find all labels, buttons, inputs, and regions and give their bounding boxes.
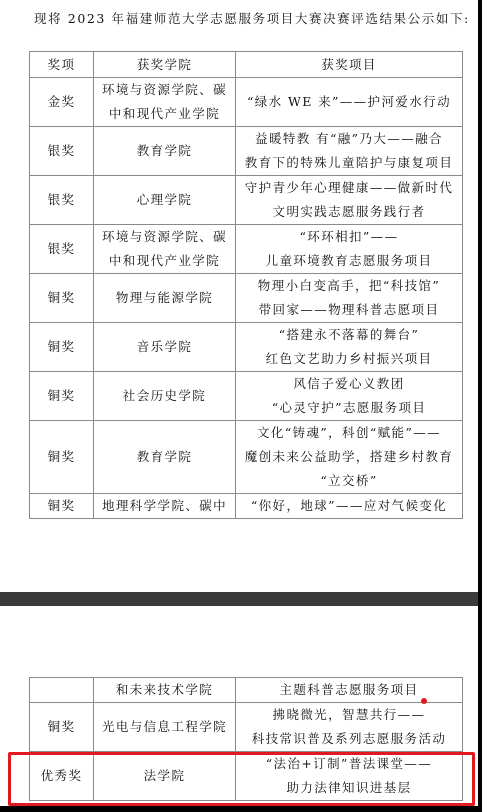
college-cell: 社会历史学院: [94, 372, 236, 421]
college-cell: 教育学院: [94, 127, 236, 176]
table-row: 铜奖物理与能源学院物理小白变高手，把“科技馆”带回家——物理科普志愿项目: [30, 274, 463, 323]
project-cell: “环环相扣”——儿童环境教育志愿服务项目: [236, 225, 463, 274]
project-line: “你好，地球”——应对气候变化: [238, 494, 460, 518]
college-line: 光电与信息工程学院: [96, 715, 233, 739]
project-line: 主题科普志愿服务项目: [238, 678, 460, 702]
project-cell: 益暖特教 有“融”乃大——融合教育下的特殊儿童陪护与康复项目: [236, 127, 463, 176]
college-cell: 和未来技术学院: [94, 678, 236, 703]
award-cell: 铜奖: [30, 274, 94, 323]
screen-edge-bottom: [0, 806, 482, 812]
page-separator: [0, 592, 478, 606]
project-cell: 拂晓微光，智慧共行——科技常识普及系列志愿服务活动: [236, 703, 463, 752]
project-line: 教育下的特殊儿童陪护与康复项目: [238, 151, 460, 175]
college-line: 音乐学院: [96, 335, 233, 359]
header-project: 获奖项目: [236, 52, 463, 78]
project-line: 科技常识普及系列志愿服务活动: [238, 727, 460, 751]
table-row: 银奖环境与资源学院、碳中和现代产业学院“环环相扣”——儿童环境教育志愿服务项目: [30, 225, 463, 274]
award-cell: 铜奖: [30, 323, 94, 372]
college-line: 环境与资源学院、碳: [96, 78, 233, 102]
project-line: “环环相扣”——: [238, 225, 460, 249]
college-cell: 地理科学学院、碳中: [94, 494, 236, 519]
college-cell: 音乐学院: [94, 323, 236, 372]
project-line: 儿童环境教育志愿服务项目: [238, 249, 460, 273]
project-cell: 风信子爱心义教团“心灵守护”志愿服务项目: [236, 372, 463, 421]
project-line: “绿水 WE 来”——护河爱水行动: [238, 90, 460, 114]
award-cell: 铜奖: [30, 703, 94, 752]
college-cell: 心理学院: [94, 176, 236, 225]
red-annotation-dot: [421, 698, 427, 704]
project-cell: “绿水 WE 来”——护河爱水行动: [236, 78, 463, 127]
table-row: 铜奖光电与信息工程学院拂晓微光，智慧共行——科技常识普及系列志愿服务活动: [30, 703, 463, 752]
college-line: 教育学院: [96, 139, 233, 163]
project-line: 物理小白变高手，把“科技馆”: [238, 274, 460, 298]
award-cell: 银奖: [30, 176, 94, 225]
header-award: 奖项: [30, 52, 94, 78]
project-cell: 守护青少年心理健康——做新时代文明实践志愿服务践行者: [236, 176, 463, 225]
table-row: 铜奖地理科学学院、碳中“你好，地球”——应对气候变化: [30, 494, 463, 519]
project-line: “心灵守护”志愿服务项目: [238, 396, 460, 420]
table-row: 银奖心理学院守护青少年心理健康——做新时代文明实践志愿服务践行者: [30, 176, 463, 225]
table-row: 铜奖教育学院文化“铸魂”，科创“赋能”——魔创未来公益助学，搭建乡村教育“立交桥…: [30, 421, 463, 494]
award-cell: 铜奖: [30, 372, 94, 421]
college-cell: 环境与资源学院、碳中和现代产业学院: [94, 225, 236, 274]
project-line: 文化“铸魂”，科创“赋能”——: [238, 421, 460, 445]
results-table: 奖项 获奖学院 获奖项目 金奖环境与资源学院、碳中和现代产业学院“绿水 WE 来…: [29, 51, 463, 519]
college-line: 心理学院: [96, 188, 233, 212]
college-line: 物理与能源学院: [96, 286, 233, 310]
college-line: 地理科学学院、碳中: [96, 494, 233, 518]
project-line: 魔创未来公益助学，搭建乡村教育: [238, 445, 460, 469]
project-line: 文明实践志愿服务践行者: [238, 200, 460, 224]
award-cell: 铜奖: [30, 421, 94, 494]
project-cell: 物理小白变高手，把“科技馆”带回家——物理科普志愿项目: [236, 274, 463, 323]
project-line: 益暖特教 有“融”乃大——融合: [238, 127, 460, 151]
award-cell: 铜奖: [30, 494, 94, 519]
project-line: “立交桥”: [238, 469, 460, 493]
college-cell: 教育学院: [94, 421, 236, 494]
college-cell: 光电与信息工程学院: [94, 703, 236, 752]
college-line: 中和现代产业学院: [96, 102, 233, 126]
table-row: 银奖教育学院益暖特教 有“融”乃大——融合教育下的特殊儿童陪护与康复项目: [30, 127, 463, 176]
project-cell: “搭建永不落幕的舞台”红色文艺助力乡村振兴项目: [236, 323, 463, 372]
screen-edge-right: [478, 0, 482, 812]
table-header-row: 奖项 获奖学院 获奖项目: [30, 52, 463, 78]
document-page-1: 现将 2023 年福建师范大学志愿服务项目大赛决赛评选结果公示如下: 奖项 获奖…: [0, 0, 478, 592]
project-line: “搭建永不落幕的舞台”: [238, 323, 460, 347]
table-row: 铜奖音乐学院“搭建永不落幕的舞台”红色文艺助力乡村振兴项目: [30, 323, 463, 372]
college-cell: 环境与资源学院、碳中和现代产业学院: [94, 78, 236, 127]
college-line: 中和现代产业学院: [96, 249, 233, 273]
red-highlight-box: [8, 752, 475, 806]
table-row: 铜奖社会历史学院风信子爱心义教团“心灵守护”志愿服务项目: [30, 372, 463, 421]
college-line: 环境与资源学院、碳: [96, 225, 233, 249]
project-line: 风信子爱心义教团: [238, 372, 460, 396]
award-cell: 银奖: [30, 225, 94, 274]
table-body: 金奖环境与资源学院、碳中和现代产业学院“绿水 WE 来”——护河爱水行动银奖教育…: [30, 78, 463, 519]
project-line: 守护青少年心理健康——做新时代: [238, 176, 460, 200]
award-cell: 金奖: [30, 78, 94, 127]
project-line: 红色文艺助力乡村振兴项目: [238, 347, 460, 371]
table-row: 和未来技术学院主题科普志愿服务项目: [30, 678, 463, 703]
project-line: 拂晓微光，智慧共行——: [238, 703, 460, 727]
college-line: 教育学院: [96, 445, 233, 469]
project-cell: 文化“铸魂”，科创“赋能”——魔创未来公益助学，搭建乡村教育“立交桥”: [236, 421, 463, 494]
college-line: 社会历史学院: [96, 384, 233, 408]
college-line: 和未来技术学院: [96, 678, 233, 702]
project-cell: “你好，地球”——应对气候变化: [236, 494, 463, 519]
header-college: 获奖学院: [94, 52, 236, 78]
college-cell: 物理与能源学院: [94, 274, 236, 323]
award-cell: [30, 678, 94, 703]
award-cell: 银奖: [30, 127, 94, 176]
project-line: 带回家——物理科普志愿项目: [238, 298, 460, 322]
project-cell: 主题科普志愿服务项目: [236, 678, 463, 703]
intro-text: 现将 2023 年福建师范大学志愿服务项目大赛决赛评选结果公示如下:: [34, 9, 470, 27]
table-row: 金奖环境与资源学院、碳中和现代产业学院“绿水 WE 来”——护河爱水行动: [30, 78, 463, 127]
